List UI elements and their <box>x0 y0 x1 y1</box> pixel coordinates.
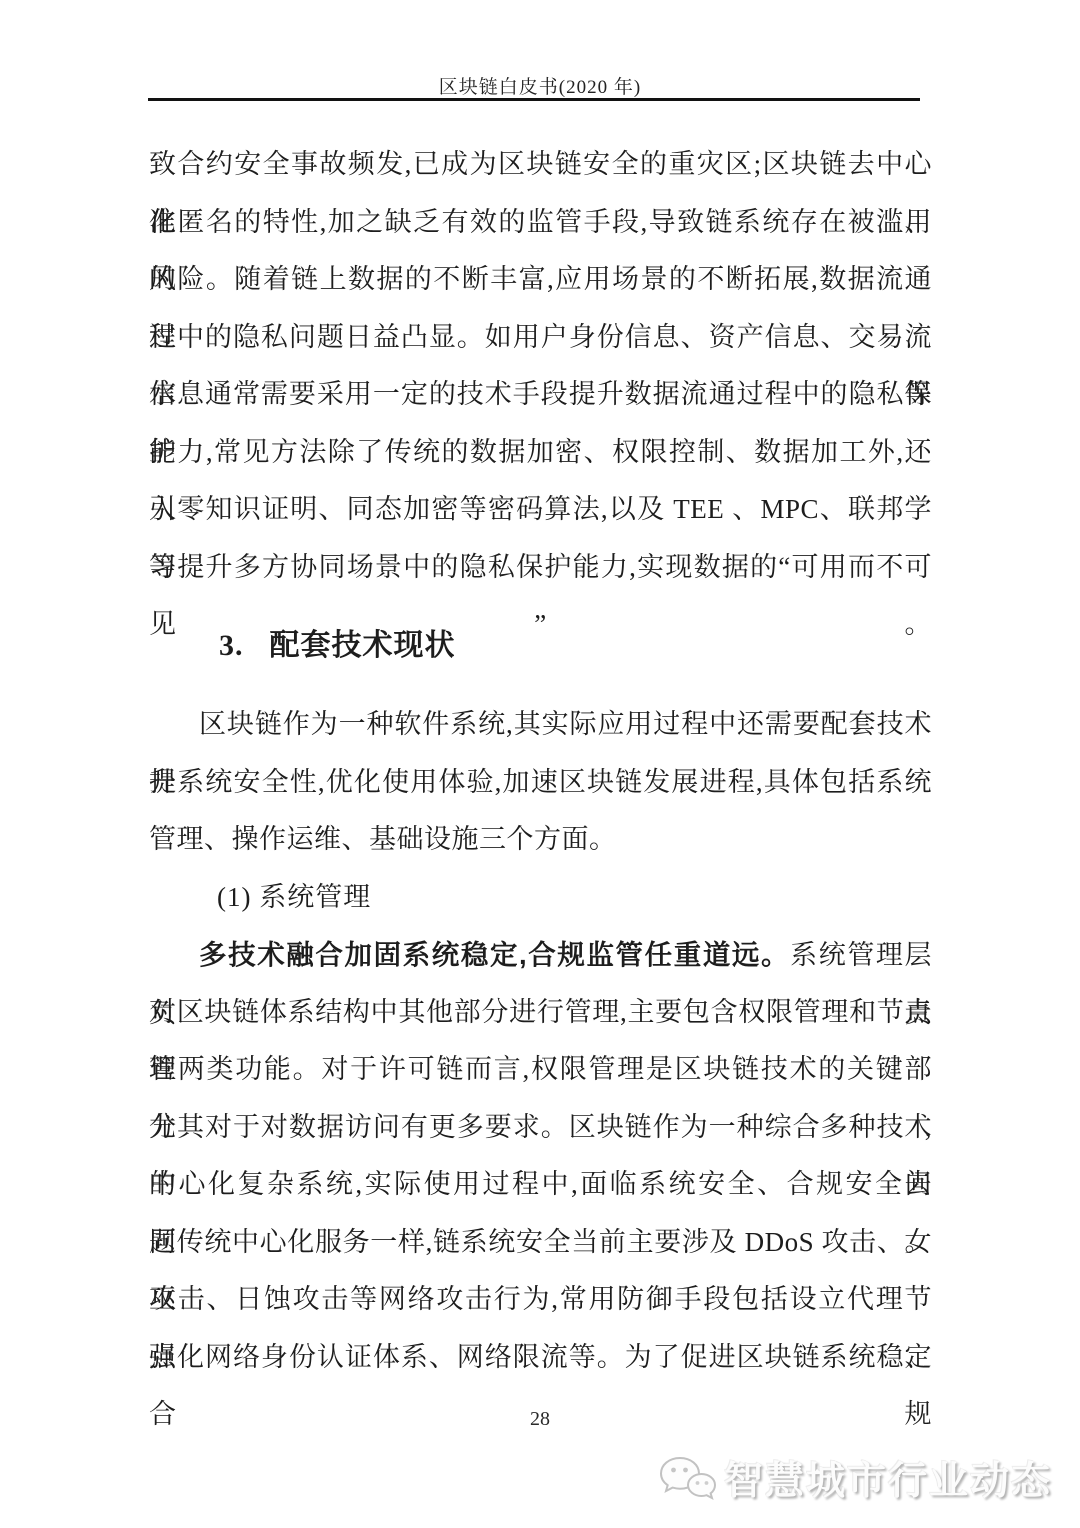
body-line: 升系统安全性,优化使用体验,加速区块链发展进程,具体包括系统 <box>149 754 932 812</box>
body-line: 致合约安全事故频发,已成为区块链安全的重灾区;区块链去中心化、 <box>149 136 932 194</box>
body-line: 对区块链体系结构中其他部分进行管理,主要包含权限管理和节点管 <box>149 984 932 1042</box>
body-line: 准匿名的特性,加之缺乏有效的监管手段,导致链系统存在被滥用的 <box>149 194 932 252</box>
body-line: 能力,常见方法除了传统的数据加密、权限控制、数据加工外,还引 <box>149 424 932 482</box>
body-line: 多技术融合加固系统稳定,合规监管任重道远。系统管理层负责 <box>149 926 932 984</box>
wechat-icon <box>658 1454 716 1502</box>
watermark: 智慧城市行业动态 <box>658 1450 1052 1506</box>
bold-lead-text: 多技术融合加固系统稳定,合规监管任重道远。 <box>199 939 790 970</box>
body-line: 信息通常需要采用一定的技术手段提升数据流通过程中的隐私保护 <box>149 366 932 424</box>
body-line: 中心化复杂系统,实际使用过程中,面临系统安全、合规安全问题。 <box>149 1156 932 1214</box>
body-line: 强化网络身份认证体系、网络限流等。为了促进区块链系统稳定合规 <box>149 1329 932 1387</box>
header-rule <box>148 98 920 101</box>
body-line: 等提升多方协同场景中的隐私保护能力,实现数据的“可用而不可见”。 <box>149 539 932 597</box>
page-content: 致合约安全事故频发,已成为区块链安全的重灾区;区块链去中心化、 准匿名的特性,加… <box>149 136 932 1386</box>
page-number: 28 <box>0 1408 1080 1431</box>
body-line: 入零知识证明、同态加密等密码算法,以及 TEE 、MPC、联邦学习 <box>149 481 932 539</box>
subsection-heading: (1) 系统管理 <box>149 869 932 927</box>
body-line: 管理、操作运维、基础设施三个方面。 <box>149 811 932 869</box>
body-line: 理两类功能。对于许可链而言,权限管理是区块链技术的关键部分, <box>149 1041 932 1099</box>
body-line: 风险。随着链上数据的不断丰富,应用场景的不断拓展,数据流通过 <box>149 251 932 309</box>
body-line: 同传统中心化服务一样,链系统安全当前主要涉及 DDoS 攻击、女巫 <box>149 1214 932 1272</box>
section-title: 配套技术现状 <box>270 629 456 662</box>
body-line: 程中的隐私问题日益凸显。如用户身份信息、资产信息、交易流水等 <box>149 309 932 367</box>
header-title: 区块链白皮书(2020 年) <box>0 72 1080 99</box>
body-line: 尤其对于对数据访问有更多要求。区块链作为一种综合多种技术的去 <box>149 1099 932 1157</box>
body-line: 区块链作为一种软件系统,其实际应用过程中还需要配套技术提 <box>149 696 932 754</box>
document-page: 区块链白皮书(2020 年) 致合约安全事故频发,已成为区块链安全的重灾区;区块… <box>0 0 1080 1528</box>
body-line: 攻击、日蚀攻击等网络攻击行为,常用防御手段包括设立代理节点、 <box>149 1271 932 1329</box>
section-number: 3. <box>219 629 244 662</box>
watermark-text: 智慧城市行业动态 <box>724 1450 1052 1506</box>
